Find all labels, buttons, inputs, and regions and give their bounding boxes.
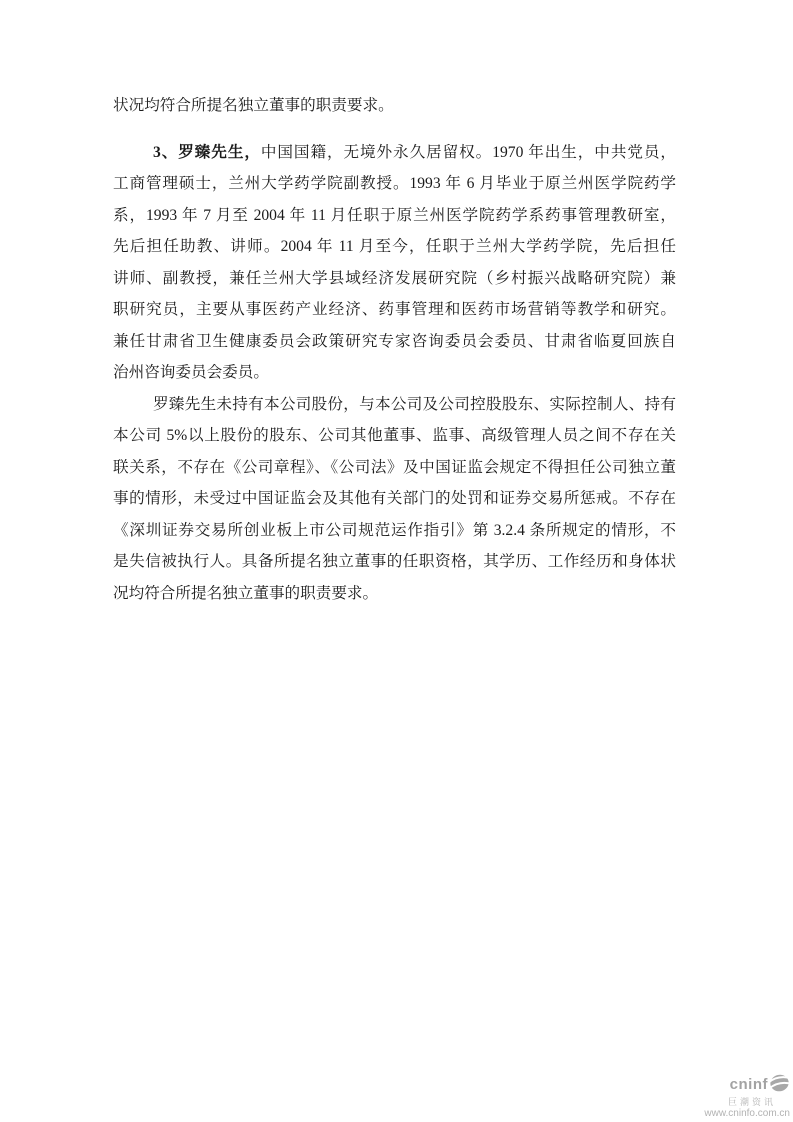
document-page: 状况均符合所提名独立董事的职责要求。 3、罗臻先生，中国国籍，无境外永久居留权。… bbox=[0, 0, 793, 1122]
bio-line-1-text: 中国国籍，无境外永久居留权。1970 年出生，中共党员， bbox=[261, 144, 676, 161]
bio-line-4: 先后担任助教、讲师。2004 年 11 月至今，任职于兰州大学药学院，先后担任 bbox=[113, 231, 676, 263]
cninfo-url: www.cninfo.com.cn bbox=[704, 1108, 790, 1119]
compliance-line-1: 罗臻先生未持有本公司股份，与本公司及公司控股股东、实际控制人、持有 bbox=[113, 389, 676, 421]
cninfo-chinese-name: 巨潮资讯 bbox=[704, 1098, 776, 1108]
paragraph-compliance: 罗臻先生未持有本公司股份，与本公司及公司控股股东、实际控制人、持有 本公司 5%… bbox=[113, 389, 676, 610]
cninfo-brand-row: cninf bbox=[704, 1074, 790, 1097]
bio-line-2: 工商管理硕士，兰州大学药学院副教授。1993 年 6 月毕业于原兰州医学院药学 bbox=[113, 168, 676, 200]
bio-line-1: 3、罗臻先生，中国国籍，无境外永久居留权。1970 年出生，中共党员， bbox=[113, 137, 676, 169]
cninfo-swirl-icon bbox=[768, 1072, 792, 1098]
compliance-line-5: 《深圳证券交易所创业板上市公司规范运作指引》第 3.2.4 条所规定的情形，不 bbox=[113, 515, 676, 547]
compliance-line-7: 况均符合所提名独立董事的职责要求。 bbox=[113, 578, 676, 610]
bio-line-6: 职研究员，主要从事医药产业经济、药事管理和医药市场营销等教学和研究。 bbox=[113, 294, 676, 326]
bio-line-7: 兼任甘肃省卫生健康委员会政策研究专家咨询委员会委员、甘肃省临夏回族自 bbox=[113, 326, 676, 358]
bio-line-5: 讲师、副教授，兼任兰州大学县域经济发展研究院（乡村振兴战略研究院）兼 bbox=[113, 263, 676, 295]
compliance-line-3: 联关系，不存在《公司章程》、《公司法》及中国证监会规定不得担任公司独立董 bbox=[113, 452, 676, 484]
compliance-line-6: 是失信被执行人。具备所提名独立董事的任职资格，其学历、工作经历和身体状 bbox=[113, 546, 676, 578]
cninfo-brand-text: cninf bbox=[730, 1077, 768, 1094]
bio-bold-lead: 3、罗臻先生， bbox=[153, 144, 261, 161]
bio-line-3: 系，1993 年 7 月至 2004 年 11 月任职于原兰州医学院药学系药事管… bbox=[113, 200, 676, 232]
paragraph-bio: 3、罗臻先生，中国国籍，无境外永久居留权。1970 年出生，中共党员， 工商管理… bbox=[113, 137, 676, 389]
bio-line-8: 治州咨询委员会委员。 bbox=[113, 357, 676, 389]
document-body: 状况均符合所提名独立董事的职责要求。 3、罗臻先生，中国国籍，无境外永久居留权。… bbox=[113, 90, 676, 609]
compliance-line-4: 事的情形，未受过中国证监会及其他有关部门的处罚和证券交易所惩戒。不存在 bbox=[113, 483, 676, 515]
cninfo-watermark: cninf 巨潮资讯 www.cninfo.com.cn bbox=[704, 1074, 790, 1119]
paragraph-tail-line: 状况均符合所提名独立董事的职责要求。 bbox=[113, 90, 676, 122]
compliance-line-2: 本公司 5%以上股份的股东、公司其他董事、监事、高级管理人员之间不存在关 bbox=[113, 420, 676, 452]
